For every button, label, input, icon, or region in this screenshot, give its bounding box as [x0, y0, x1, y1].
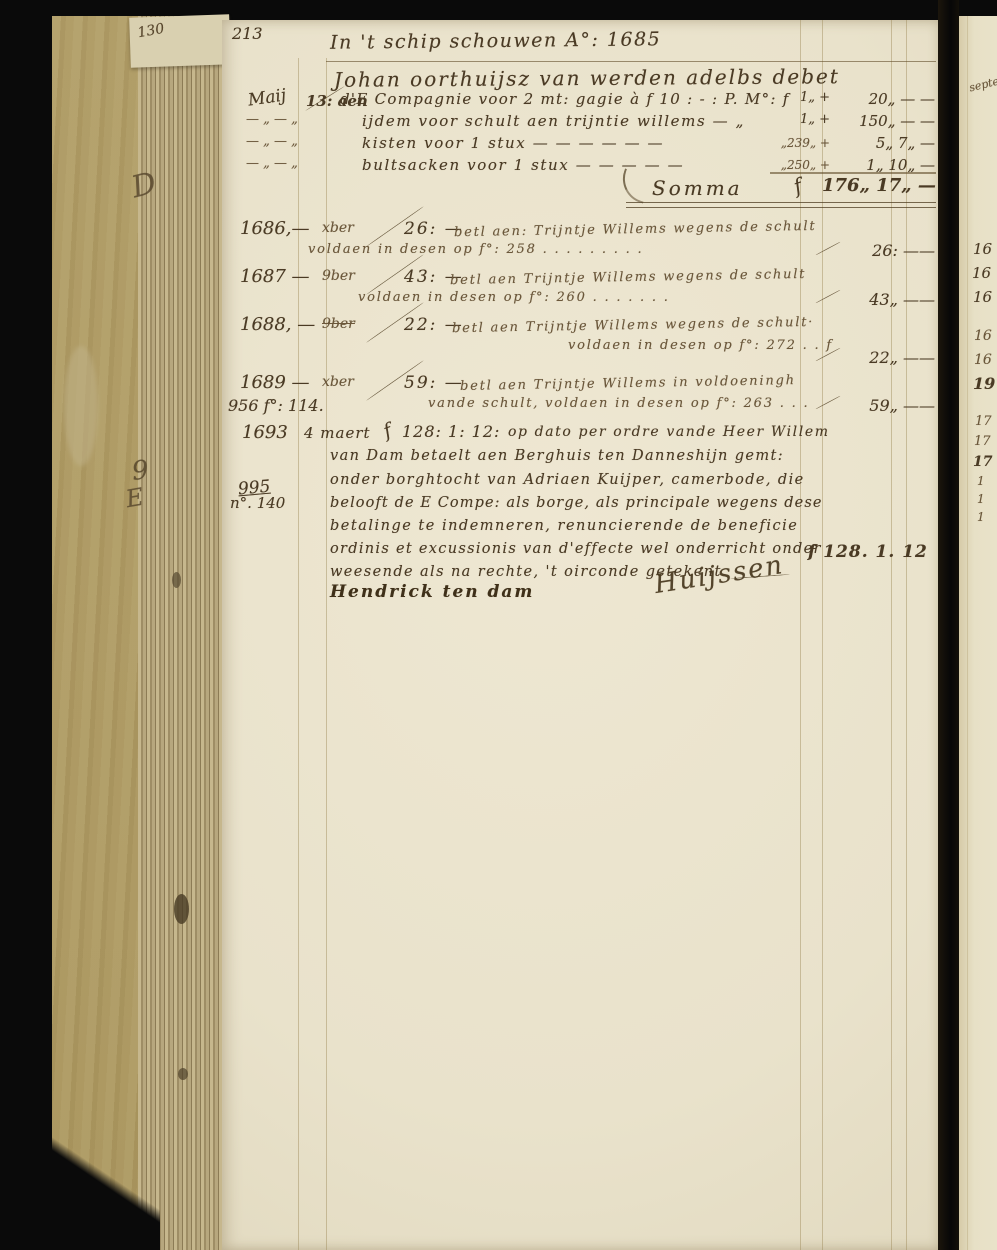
settlement-right-amount: 26: ——	[822, 241, 935, 260]
settlement-line1: betl aen: Trijntje Willems wegens de sch…	[454, 219, 817, 240]
vellum-cover-edge	[52, 16, 138, 1250]
debit-row-text: kisten voor 1 stux — — — — — —	[362, 134, 664, 152]
debit-row-ref: 1„ +	[762, 112, 830, 127]
final-margin-note-bottom: n°. 140	[230, 494, 285, 512]
final-line: onder borghtocht van Adriaen Kuijper, ca…	[330, 472, 805, 488]
settlement-line2: voldaen in desen op f°: 272 . . f	[568, 338, 833, 353]
facing-year-fragment: 17	[974, 434, 991, 449]
settlement-month: xber	[322, 220, 354, 236]
debit-row-amount: 150„ — —	[834, 112, 935, 130]
settlement-value: 59: —	[404, 373, 464, 393]
countersignature: Hendrick ten dam	[330, 582, 534, 602]
somma-double-rule	[626, 202, 936, 208]
settlement-month: 9ber	[322, 268, 355, 284]
stain	[64, 346, 98, 466]
final-date: 4 maert	[304, 424, 371, 442]
settlement-month: xber	[322, 374, 354, 390]
final-right-amount: f 128. 1. 12	[808, 542, 928, 562]
facing-year-fragment: 1	[977, 474, 985, 488]
facing-year-fragment: 16	[974, 352, 992, 368]
debit-row-amount: 5„ 7„ —	[834, 134, 935, 152]
debit-month: Maij	[247, 85, 288, 110]
final-year: 1693	[242, 422, 288, 443]
settlement-right-amount: 22„ ——	[822, 348, 935, 367]
header-rule	[326, 61, 936, 62]
final-line: betalinge te indemneren, renuncierende d…	[330, 518, 798, 534]
ledger-page: 213 In 't schip schouwen A°: 1685 Johan …	[222, 20, 941, 1250]
settlement-right-amount: 59„ ——	[822, 396, 935, 415]
settlement-year: 1686,—	[240, 218, 310, 239]
settlement-line1: betl aen Trijntje Willems in voldoeningh	[460, 373, 796, 394]
somma-label: Somma	[652, 176, 743, 200]
debit-row-amount: 20„ — —	[834, 90, 935, 108]
facing-year-fragment: 17	[973, 454, 992, 470]
settlement-year: 1688, —	[240, 314, 315, 335]
facing-year-fragment: 19	[973, 374, 995, 393]
facing-year-fragment: 17	[975, 414, 992, 429]
account-title: Johan oorthuijsz van werden adelbs debet	[334, 64, 840, 92]
settlement-year: 1687 —	[240, 266, 310, 287]
ditto-marks: — „ — „	[246, 134, 298, 149]
stain	[172, 572, 181, 588]
debit-row-ref: „250„ +	[762, 158, 830, 172]
settlement-line1: betl aen Trijntje Willems wegens de schu…	[450, 267, 806, 288]
ruled-line	[326, 58, 327, 1250]
manuscript-scan: D 9 E 130 213 In 't schip schouwen A°: 1…	[0, 0, 997, 1250]
somma-amount: 176„ 17„ —	[822, 175, 935, 196]
signature: Huijssen	[652, 550, 786, 600]
facing-year-fragment: 1	[977, 510, 985, 524]
facing-year-fragment: 1	[977, 492, 985, 506]
settlement-margin-note: 956 f°: 114.	[228, 396, 324, 415]
settlement-line2: voldaen in desen op f°: 258 . . . . . . …	[308, 242, 643, 257]
ditto-marks: — „ — „	[246, 156, 298, 171]
debit-row-ref: 1„ +	[762, 90, 830, 105]
under-page-corner: 130	[129, 14, 231, 67]
settlement-right-amount: 43„ ——	[822, 290, 935, 309]
debit-row-ref: „239„ +	[762, 136, 830, 150]
facing-year-fragment: 16	[973, 240, 992, 258]
under-page-number: 130	[136, 21, 165, 41]
debit-row-text: d'E Compagnie voor 2 mt: gagie à f 10 : …	[340, 90, 790, 108]
facing-year-fragment: 16	[973, 288, 992, 306]
ditto-marks: — „ — „	[246, 112, 298, 127]
debit-row-text: ijdem voor schult aen trijntie willems —…	[362, 112, 745, 130]
book-page-edges: D 9 E	[52, 16, 228, 1250]
facing-header-fragment: septe	[968, 75, 997, 95]
facing-year-fragment: 16	[974, 328, 992, 344]
stain	[174, 894, 189, 924]
final-value: 128: 1: 12:	[402, 422, 500, 441]
final-line: belooft de E Compe: als borge, als princ…	[330, 495, 823, 511]
final-line: van Dam betaelt aen Berghuis ten Dannesh…	[330, 448, 784, 464]
page-title: In 't schip schouwen A°: 1685	[330, 28, 661, 53]
facing-year-fragment: 16	[972, 264, 991, 282]
final-currency: f	[380, 419, 394, 442]
settlement-line1: betl aen Trijntje Willems wegens de schu…	[452, 315, 814, 336]
folio-number: 213	[232, 24, 263, 43]
ruled-line	[967, 16, 968, 1250]
stain	[178, 1068, 188, 1080]
facing-page-sliver: septe 16 16 16 16 16 19 17 17 17 1 1 1	[959, 16, 997, 1250]
backdrop-corner	[50, 1102, 160, 1250]
somma-currency: f	[790, 173, 804, 198]
settlement-year: 1689 —	[240, 372, 310, 393]
settlement-line2: voldaen in desen op f°: 260 . . . . . . …	[358, 290, 670, 305]
settlement-month: 9ber	[322, 316, 355, 332]
gutter-shadow	[938, 0, 959, 1250]
final-line: op dato per ordre vande Heer Willem	[508, 424, 830, 440]
settlement-line2: vande schult, voldaen in desen op f°: 26…	[428, 396, 809, 411]
